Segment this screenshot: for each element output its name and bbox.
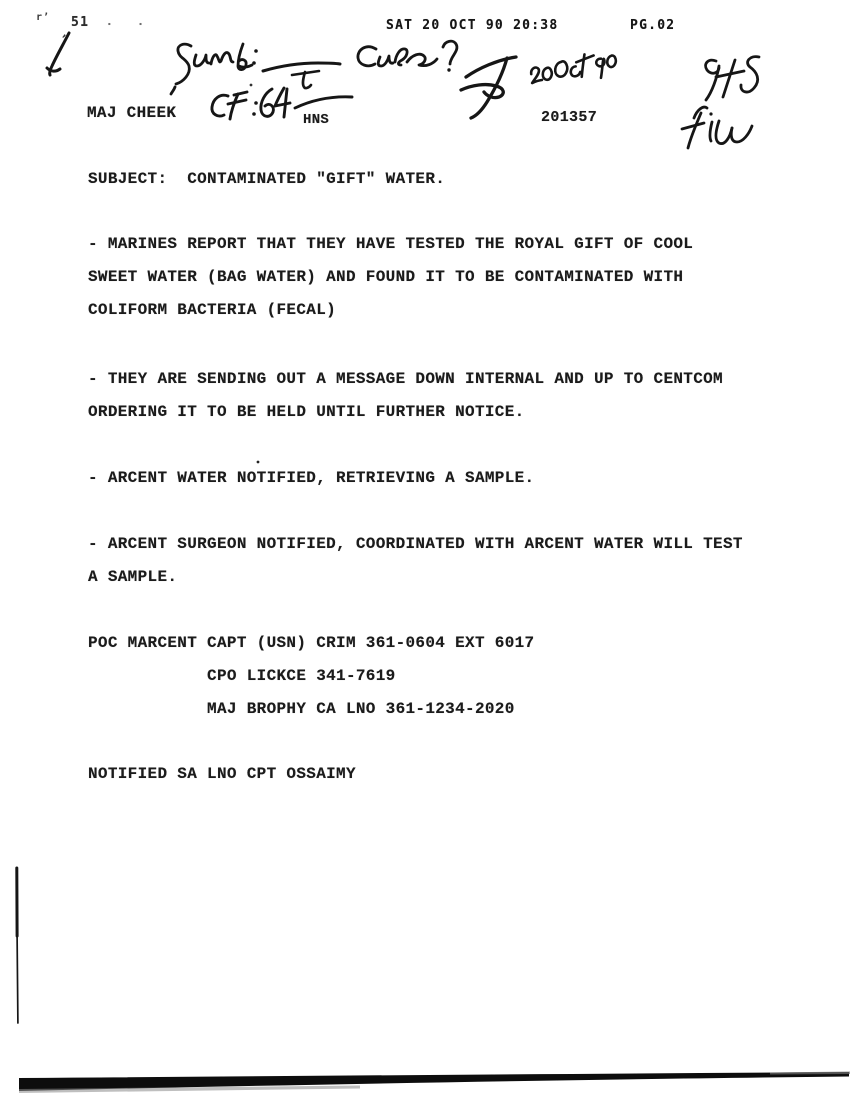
- originator-name: MAJ CHEEK: [87, 103, 176, 123]
- handwritten-initials-note: [706, 57, 759, 100]
- handwritten-blank-underline: [263, 63, 340, 71]
- corner-mark: r’: [36, 10, 50, 26]
- subject-line: SUBJECT: CONTAMINATED "GIFT" WATER.: [88, 163, 445, 196]
- doc-number: 51: [71, 15, 89, 31]
- org-label: HNS: [303, 110, 329, 130]
- handwritten-cf-note: [212, 88, 352, 119]
- paragraph-arcent-surgeon: - ARCENT SURGEON NOTIFIED, COORDINATED W…: [88, 528, 743, 594]
- handwritten-file-note: [682, 107, 752, 148]
- date-time-group: 201357: [541, 108, 597, 128]
- handwritten-check-mark: [461, 57, 516, 118]
- handwritten-date-note: [530, 51, 618, 85]
- stray-dots: . .: [106, 14, 153, 30]
- fax-page-number: PG.02: [630, 18, 675, 34]
- bottom-scan-bar: [19, 1072, 850, 1094]
- handwritten-t-mark: [292, 71, 319, 88]
- paragraph-notified: NOTIFIED SA LNO CPT OSSAIMY: [88, 758, 356, 791]
- left-edge-scan-line: [17, 868, 18, 1023]
- fax-datetime: SAT 20 OCT 90 20:38: [386, 18, 558, 34]
- handwritten-question-note: [358, 41, 457, 72]
- handwritten-subject-note: [171, 44, 258, 94]
- paragraph-poc-list: POC MARCENT CAPT (USN) CRIM 361-0604 EXT…: [88, 627, 534, 725]
- document-page: r’ , 51 . . SAT 20 OCT 90 20:38 PG.02 MA…: [0, 0, 850, 1094]
- paragraph-arcent-water: - ARCENT WATER NOTIFIED, RETRIEVING A SA…: [88, 462, 534, 495]
- paragraph-centcom-message: - THEY ARE SENDING OUT A MESSAGE DOWN IN…: [88, 363, 723, 429]
- paragraph-marines-report: - MARINES REPORT THAT THEY HAVE TESTED T…: [88, 228, 693, 326]
